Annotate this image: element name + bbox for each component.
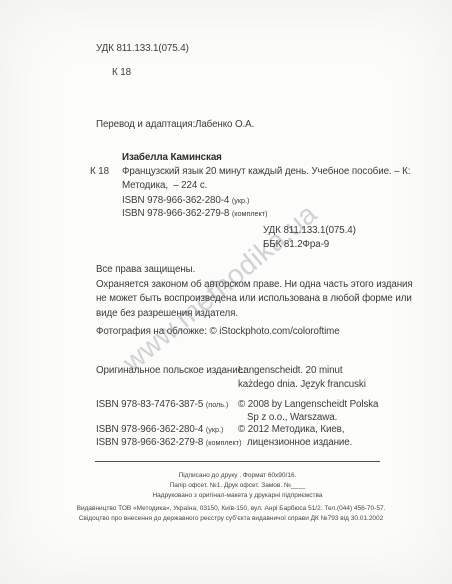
biblio-code: К 18 xyxy=(90,165,109,178)
original-edition-label: Оригинальное польское издание: xyxy=(96,364,246,377)
rights-line4: виде без разрешения издателя. xyxy=(96,307,238,320)
book-title-line2: Методика, – 224 с. xyxy=(122,179,207,192)
original-edition-value2: każdego dnia. Język francuski xyxy=(238,378,366,391)
cover-credit-value: © iStockphoto.com/coloroftime xyxy=(209,326,339,337)
book-author: Изабелла Каминская xyxy=(122,151,222,164)
book-title-line1: Французский язык 20 минут каждый день. У… xyxy=(122,165,410,178)
print-info-line2: Папір офсет. №1. Друк офсет. Замов. №___… xyxy=(95,481,380,490)
isbn-set: ISBN 978-966-362-279-8 xyxy=(122,208,229,219)
publisher-line1: Видавництво ТОВ «Методика», Україна, 031… xyxy=(15,504,447,513)
publisher-line2: Свідоцтво про внесення до державного реє… xyxy=(15,514,447,523)
rights-line1: Все права защищены. xyxy=(96,263,195,276)
isbn-set-line2: ISBN 978-966-362-279-8 (комплект) xyxy=(96,436,241,449)
original-edition-value1: Langenscheidt. 20 minut xyxy=(238,364,342,377)
rights-line3: не может быть воспроизведена или использ… xyxy=(96,292,412,305)
isbn-ukr-note-2: (укр.) xyxy=(206,425,224,434)
cover-credit-line: Фотография на обложке: © iStockphoto.com… xyxy=(96,325,340,338)
book-imprint-page: www.methodika.ua УДК 811.133.1(075.4) К … xyxy=(0,0,452,584)
isbn-ukr: ISBN 978-966-362-280-4 xyxy=(122,195,229,206)
isbn-polish-line: ISBN 978-83-7476-387-5 (поль.) xyxy=(96,398,228,411)
copyright-2008-line1: © 2008 by Langenscheidt Polska xyxy=(238,398,378,411)
isbn-ukr-2: ISBN 978-966-362-280-4 xyxy=(96,424,203,435)
isbn-polish: ISBN 978-83-7476-387-5 xyxy=(96,399,203,410)
translation-value: Лабенко О.А. xyxy=(195,118,254,131)
translation-label: Перевод и адаптация: xyxy=(96,118,195,131)
isbn-ukr-line2: ISBN 978-966-362-280-4 (укр.) xyxy=(96,423,223,436)
isbn-ukr-note: (укр.) xyxy=(232,196,250,205)
print-info-line1: Підписано до друку . Формат 60х90/16. xyxy=(95,471,380,480)
bbk-code: ББК 81.2Фра-9 xyxy=(263,238,329,251)
isbn-polish-note: (поль.) xyxy=(206,400,228,409)
separator-rule xyxy=(95,461,380,462)
author-sign-code: К 18 xyxy=(112,66,131,79)
isbn-set-note: (комплект) xyxy=(232,209,268,218)
copyright-2012-line2: лицензионное издание. xyxy=(247,436,352,449)
copyright-2012-line1: © 2012 Методика, Киев, xyxy=(238,423,344,436)
isbn-set-2: ISBN 978-966-362-279-8 xyxy=(96,437,203,448)
isbn-set-note-2: (комплект) xyxy=(206,438,242,447)
udk-code-right: УДК 811.133.1(075.4) xyxy=(263,224,356,237)
print-info-line3: Надруковано з оригінал-макета у друкарні… xyxy=(95,491,380,500)
isbn-ukr-line: ISBN 978-966-362-280-4 (укр.) xyxy=(122,194,249,207)
rights-line2: Охраняется законом об авторском праве. Н… xyxy=(96,278,413,291)
cover-credit-label: Фотография на обложке: xyxy=(96,326,207,337)
isbn-set-line: ISBN 978-966-362-279-8 (комплект) xyxy=(122,207,267,220)
udk-code-top: УДК 811.133.1(075.4) xyxy=(96,42,189,55)
